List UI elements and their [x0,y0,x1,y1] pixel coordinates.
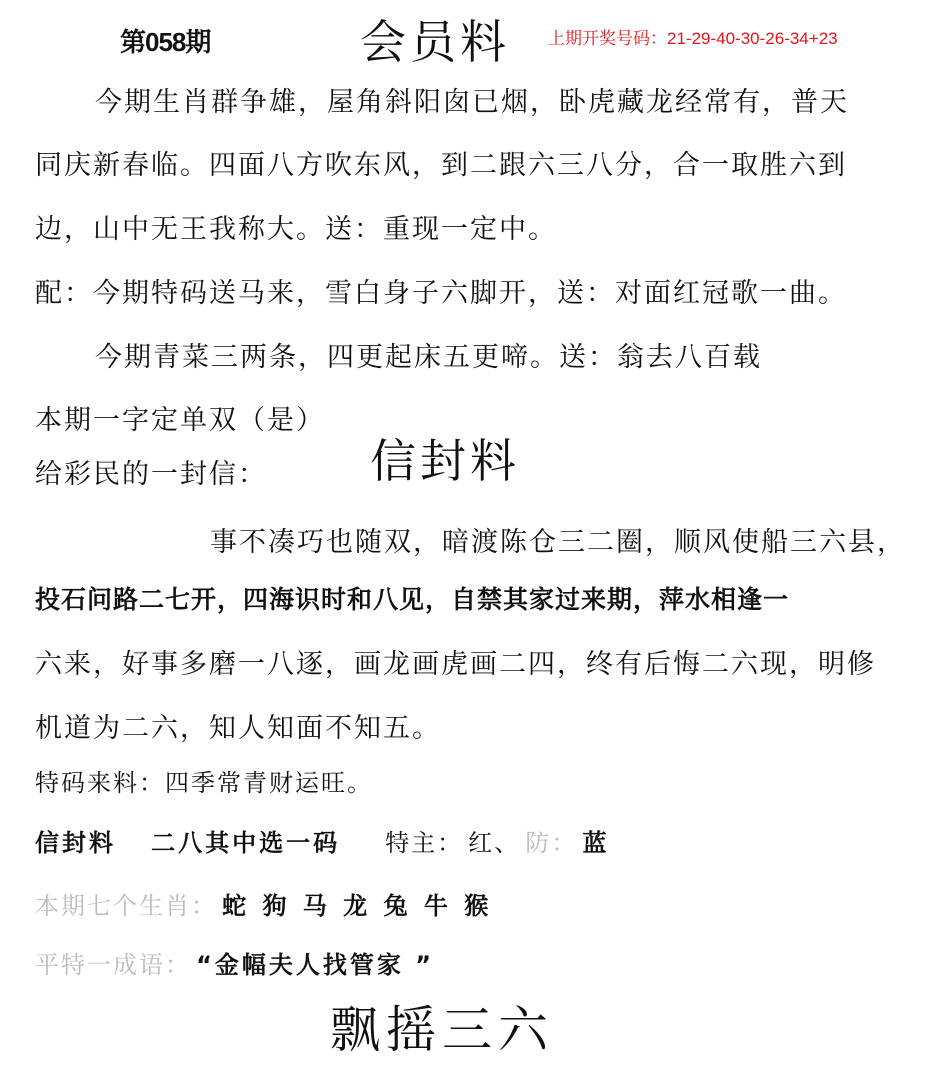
summary-label: 信封料 [35,829,116,857]
poem-line: 边，山中无王我称大。送：重现一定中。 [35,207,557,246]
main-label: 特主： [385,829,463,857]
zodiac-label: 本期七个生肖： [35,892,217,920]
poem-line: 今期青菜三两条，四更起床五更啼。送：翁去八百载 [95,335,762,374]
idiom-row: 平特一成语： “金幅夫人找管家 ” [35,945,434,980]
main-value: 红、 [468,829,520,857]
guard-value: 蓝 [582,829,609,857]
idiom-label: 平特一成语： [35,951,191,979]
idiom-value: “金幅夫人找管家 ” [196,951,434,979]
issue-number: 第058期 [120,22,210,59]
letter-line: 六来，好事多磨一八逐，画龙画虎画二四，终有后悔二六现，明修 [35,642,876,681]
letter-title: 信封料 [370,425,520,491]
zodiac-row: 本期七个生肖： 蛇 狗 马 龙 兔 牛 猴 [35,886,492,921]
odd-even-pick: 本期一字定单双（是） [35,398,325,437]
special-code-line: 特码来料：四季常青财运旺。 [35,763,373,798]
letter-label: 给彩民的一封信： [35,452,267,491]
zodiac-values: 蛇 狗 马 龙 兔 牛 猴 [222,892,492,920]
poem-line: 配：今期特码送马来，雪白身子六脚开，送：对面红冠歌一曲。 [35,271,847,310]
guard-label: 防： [525,829,577,857]
poem-line: 今期生肖群争雄，屋角斜阳囱已烟，卧虎藏龙经常有，普天 [95,80,849,119]
poem-line: 同庆新春临。四面八方吹东风，到二跟六三八分，合一取胜六到 [35,143,847,182]
letter-line: 机道为二六，知人知面不知五。 [35,706,441,745]
previous-draw-result: 上期开奖号码：21-29-40-30-26-34+23 [548,24,838,49]
summary-pick: 二八其中选一码 [151,829,340,857]
letter-line: 投石问路二七开，四海识时和八见，自禁其家过来期，萍水相逢一 [35,580,789,616]
summary-row: 信封料 二八其中选一码 特主： 红、 防： 蓝 [35,823,609,858]
letter-line: 事不凑巧也随双，暗渡陈仓三二圈，顺风使船三六县， [210,520,906,559]
footer-title: 飘摇三六 [330,990,554,1062]
page-title: 会员料 [360,6,510,72]
